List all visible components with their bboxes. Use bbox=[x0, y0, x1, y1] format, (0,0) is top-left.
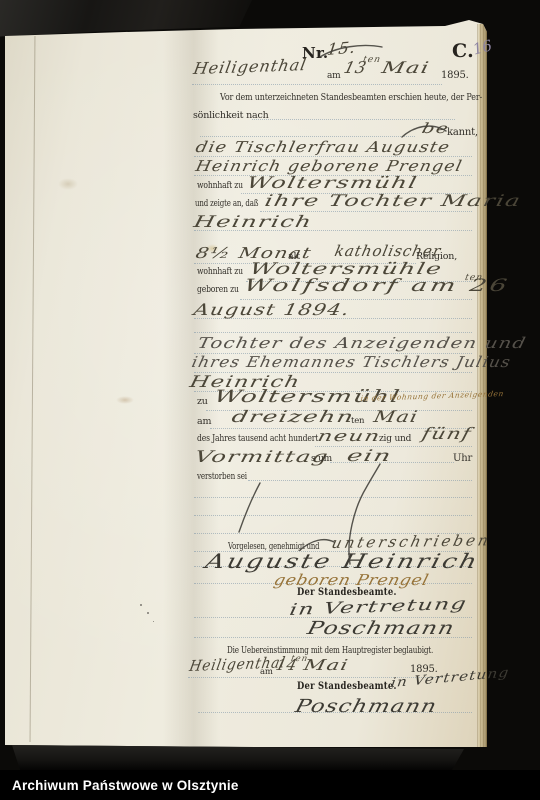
form-ruled-line bbox=[248, 480, 472, 481]
death-year-value-1: neun bbox=[316, 427, 383, 445]
certification-am-label: am bbox=[260, 667, 273, 677]
residence-label-1: wohnhaft zu bbox=[197, 181, 243, 191]
dateline-day-suffix: ten bbox=[362, 55, 382, 65]
form-ruled-line bbox=[194, 497, 472, 498]
known-printed: kannt, bbox=[447, 127, 478, 138]
form-ruled-line bbox=[194, 515, 472, 516]
page-stack-edge bbox=[477, 24, 487, 747]
death-year-label-2: zig und bbox=[379, 434, 411, 444]
announced-child-name-2: Heinrich bbox=[192, 212, 314, 231]
death-time-label-1: s um bbox=[311, 454, 332, 464]
archive-watermark-label: Archiwum Państwowe w Olsztynie bbox=[12, 778, 239, 793]
registrar-signature-1: Poschmann bbox=[305, 618, 457, 639]
announce-label: und zeigte an, daß bbox=[195, 199, 258, 209]
archive-watermark: Archiwum Państwowe w Olsztynie bbox=[0, 770, 540, 800]
relation-line-2: ihres Ehemannes Tischlers Julius bbox=[190, 353, 513, 371]
death-year-label-1: des Jahres tausend acht hundert bbox=[197, 434, 318, 444]
form-ruled-line bbox=[200, 136, 415, 137]
death-year-value-2: fünf bbox=[420, 424, 474, 443]
dateline-year: 1895. bbox=[441, 70, 469, 81]
form-ruled-line bbox=[194, 332, 472, 333]
photo-stage: Nr. 15. C. 16 Heiligenthal am 13 ten Mai… bbox=[0, 0, 540, 800]
registrar-title-2: Der Standesbeamte. bbox=[297, 681, 397, 692]
birth-day-suffix: ten bbox=[464, 273, 484, 283]
nr-value: 15. bbox=[326, 38, 357, 59]
ink-speck bbox=[140, 604, 142, 606]
death-date-am-label: am bbox=[197, 416, 211, 427]
form-ruled-line bbox=[192, 84, 442, 85]
death-date-ten-label: ten bbox=[351, 416, 364, 426]
declarant-signature: Auguste Heinrich bbox=[203, 549, 482, 573]
death-date-month: Mai bbox=[372, 407, 420, 426]
dateline-am-label: am bbox=[327, 71, 341, 81]
residence-value-1: Woltersmühl bbox=[245, 173, 420, 192]
ink-speck bbox=[147, 612, 149, 614]
certification-month: Mai bbox=[302, 656, 351, 674]
book-cover-bottom-edge bbox=[12, 745, 464, 773]
paper-stain bbox=[116, 396, 134, 404]
death-time-uhr-label: Uhr bbox=[453, 453, 472, 464]
page-number-annotation: 16 bbox=[471, 36, 494, 58]
relation-line-1: Tochter des Anzeigenden und bbox=[196, 334, 528, 352]
declarant-line-1: die Tischlerfrau Auguste bbox=[194, 138, 452, 156]
intro-line-2: sönlichkeit nach bbox=[193, 110, 269, 121]
death-place-label: zu bbox=[197, 396, 208, 407]
intro-line-1: Vor dem unterzeichneten Standesbeamten e… bbox=[220, 92, 482, 103]
birth-date-value: August 1894. bbox=[192, 300, 352, 319]
left-page-crease bbox=[30, 36, 36, 742]
announced-child-name-1: ihre Tochter Maria bbox=[263, 191, 523, 210]
death-date-day: dreizehn bbox=[230, 407, 356, 426]
paper-stain bbox=[58, 178, 78, 190]
residence-label-2: wohnhaft zu bbox=[197, 267, 243, 277]
ink-speck bbox=[153, 621, 154, 622]
dateline-place: Heiligenthal bbox=[192, 55, 308, 78]
dateline-month: Mai bbox=[380, 58, 432, 77]
deceased-statement-label: verstorben sei bbox=[197, 472, 247, 482]
form-ruled-line bbox=[252, 119, 455, 120]
death-time-value-2: ein bbox=[345, 446, 394, 465]
birthplace-label: geboren zu bbox=[197, 285, 239, 295]
registrar-signature-2: Poschmann bbox=[293, 696, 440, 717]
